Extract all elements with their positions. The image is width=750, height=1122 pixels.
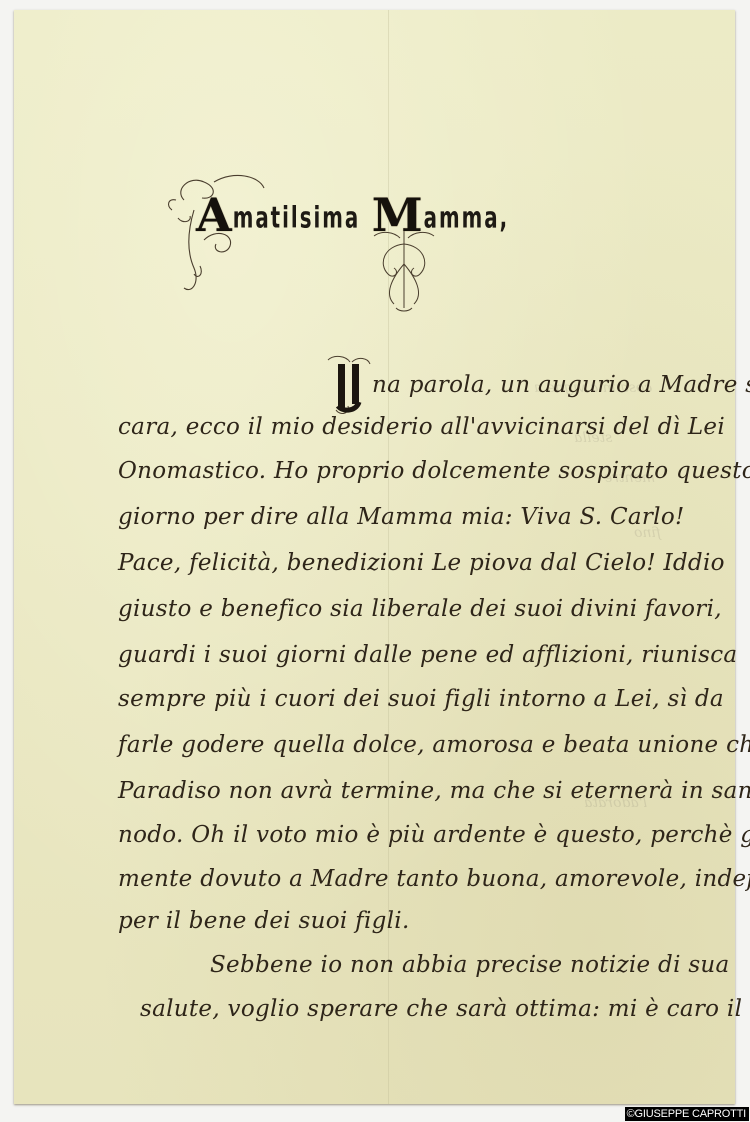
- letter-line-14: Sebbene io non abbia precise notizie di …: [210, 952, 730, 978]
- salutation-title: Amatilsima Mamma,: [174, 178, 534, 308]
- salutation-text: Amatilsima Mamma,: [196, 188, 509, 242]
- letter-line-3: Onomastico. Ho proprio dolcemente sospir…: [118, 458, 750, 484]
- title-comma: ,: [500, 202, 510, 236]
- title-illuminated-cap-m: M: [372, 188, 424, 242]
- letter-line-8: sempre più i cuori dei suoi figli intorn…: [118, 686, 724, 712]
- letter-line-15: salute, voglio sperare che sarà ottima: …: [140, 996, 750, 1022]
- letter-paper: cosa mia vigne a stella mentre fino l'ad…: [14, 10, 735, 1104]
- illuminated-dropcap-u: [324, 354, 374, 416]
- letter-line-12: mente dovuto a Madre tanto buona, amorev…: [118, 866, 750, 892]
- letter-line-4: giorno per dire alla Mamma mia: Viva S. …: [118, 504, 685, 530]
- letter-line-2: cara, ecco il mio desiderio all'avvicina…: [118, 414, 725, 440]
- letter-line-10: Paradiso non avrà termine, ma che si ete…: [118, 778, 750, 804]
- letter-line-1: na parola, un augurio a Madre sì: [372, 372, 750, 398]
- title-word-2-rest: amma: [424, 202, 500, 236]
- watermark-text: GIUSEPPE CAPROTTI: [634, 1108, 746, 1120]
- title-illuminated-cap-a: A: [196, 188, 233, 242]
- title-word-1-rest: matilsima: [233, 202, 361, 236]
- letter-line-6: giusto e benefico sia liberale dei suoi …: [118, 596, 722, 622]
- copyright-watermark: ©GIUSEPPE CAPROTTI: [625, 1107, 749, 1121]
- letter-line-13: per il bene dei suoi figli.: [118, 908, 410, 934]
- letter-line-9: farle godere quella dolce, amorosa e bea…: [118, 732, 750, 758]
- letter-line-11: nodo. Oh il voto mio è più ardente è que…: [118, 822, 750, 848]
- letter-line-7: guardi i suoi giorni dalle pene ed affli…: [118, 642, 737, 668]
- letter-line-5: Pace, felicità, benedizioni Le piova dal…: [118, 550, 725, 576]
